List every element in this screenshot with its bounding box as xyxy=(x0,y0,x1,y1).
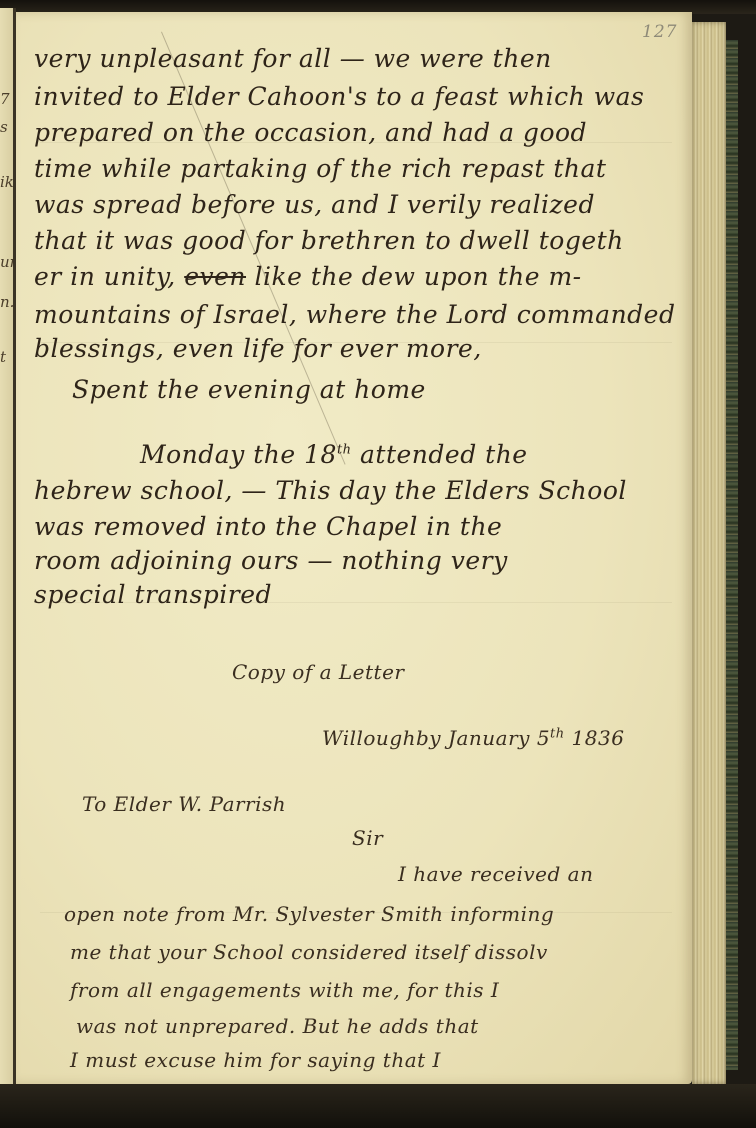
facing-page-fragment: ur xyxy=(0,253,16,271)
text-line-with-deletion: er in unity, even like the dew upon the … xyxy=(34,262,582,291)
facing-page-fragment: 7 xyxy=(0,90,10,108)
struck-word: even xyxy=(184,262,246,291)
entry-date-line: Monday the 18th attended the xyxy=(140,440,528,469)
text-line: special transpired xyxy=(34,580,272,609)
facing-page-fragment: s xyxy=(0,118,8,136)
dateline-year: 1836 xyxy=(572,726,625,750)
facing-page-fragment: n. xyxy=(0,293,14,311)
letter-body-line: I have received an xyxy=(398,862,593,886)
letter-body-line: was not unprepared. But he adds that xyxy=(76,1014,479,1038)
letter-body-line: from all engagements with me, for this I xyxy=(70,978,499,1002)
letter-heading: Copy of a Letter xyxy=(232,660,404,684)
date-superscript: th xyxy=(550,726,565,741)
letter-body-line: me that your School considered itself di… xyxy=(70,940,548,964)
text-line: was spread before us, and I verily reali… xyxy=(34,190,595,219)
facing-page-fragment: ik xyxy=(0,173,14,191)
text-line: prepared on the occasion, and had a good xyxy=(34,118,587,147)
text-line: was removed into the Chapel in the xyxy=(34,512,502,541)
text-line: invited to Elder Cahoon's to a feast whi… xyxy=(34,82,644,111)
text-line: hebrew school, — This day the Elders Sch… xyxy=(34,476,627,505)
facing-page-edge: 7 s ik ur n. t xyxy=(0,8,16,1108)
text-segment: er in unity, xyxy=(34,262,176,291)
text-segment: like the dew upon the m- xyxy=(254,262,581,291)
text-line: room adjoining ours — nothing very xyxy=(34,546,508,575)
dateline-place: Willoughby xyxy=(322,726,441,750)
letter-addressee: To Elder W. Parrish xyxy=(82,792,286,816)
letter-body-line: I must excuse him for saying that I xyxy=(70,1048,441,1072)
text-line: time while partaking of the rich repast … xyxy=(34,154,606,183)
date-superscript: th xyxy=(337,443,352,458)
page-number: 127 xyxy=(642,22,677,42)
letter-body-line: open note from Mr. Sylvester Smith infor… xyxy=(64,902,554,926)
text-line: very unpleasant for all — we were then xyxy=(34,44,552,73)
page-block-edges xyxy=(692,22,726,1084)
letter-dateline: Willoughby January 5th 1836 xyxy=(322,726,624,750)
bottom-shadow xyxy=(0,1084,756,1128)
text-segment: attended the xyxy=(360,440,528,469)
text-line: blessings, even life for ever more, xyxy=(34,334,482,363)
text-line: that it was good for brethren to dwell t… xyxy=(34,226,624,255)
dateline-date: January 5 xyxy=(448,726,550,750)
text-line: Spent the evening at home xyxy=(72,375,426,404)
marbled-cover-edge xyxy=(726,40,738,1070)
entry-date: Monday the 18 xyxy=(140,440,337,469)
facing-page-fragment: t xyxy=(0,348,6,366)
letter-salutation: Sir xyxy=(352,826,383,850)
text-line: mountains of Israel, where the Lord comm… xyxy=(34,300,675,329)
